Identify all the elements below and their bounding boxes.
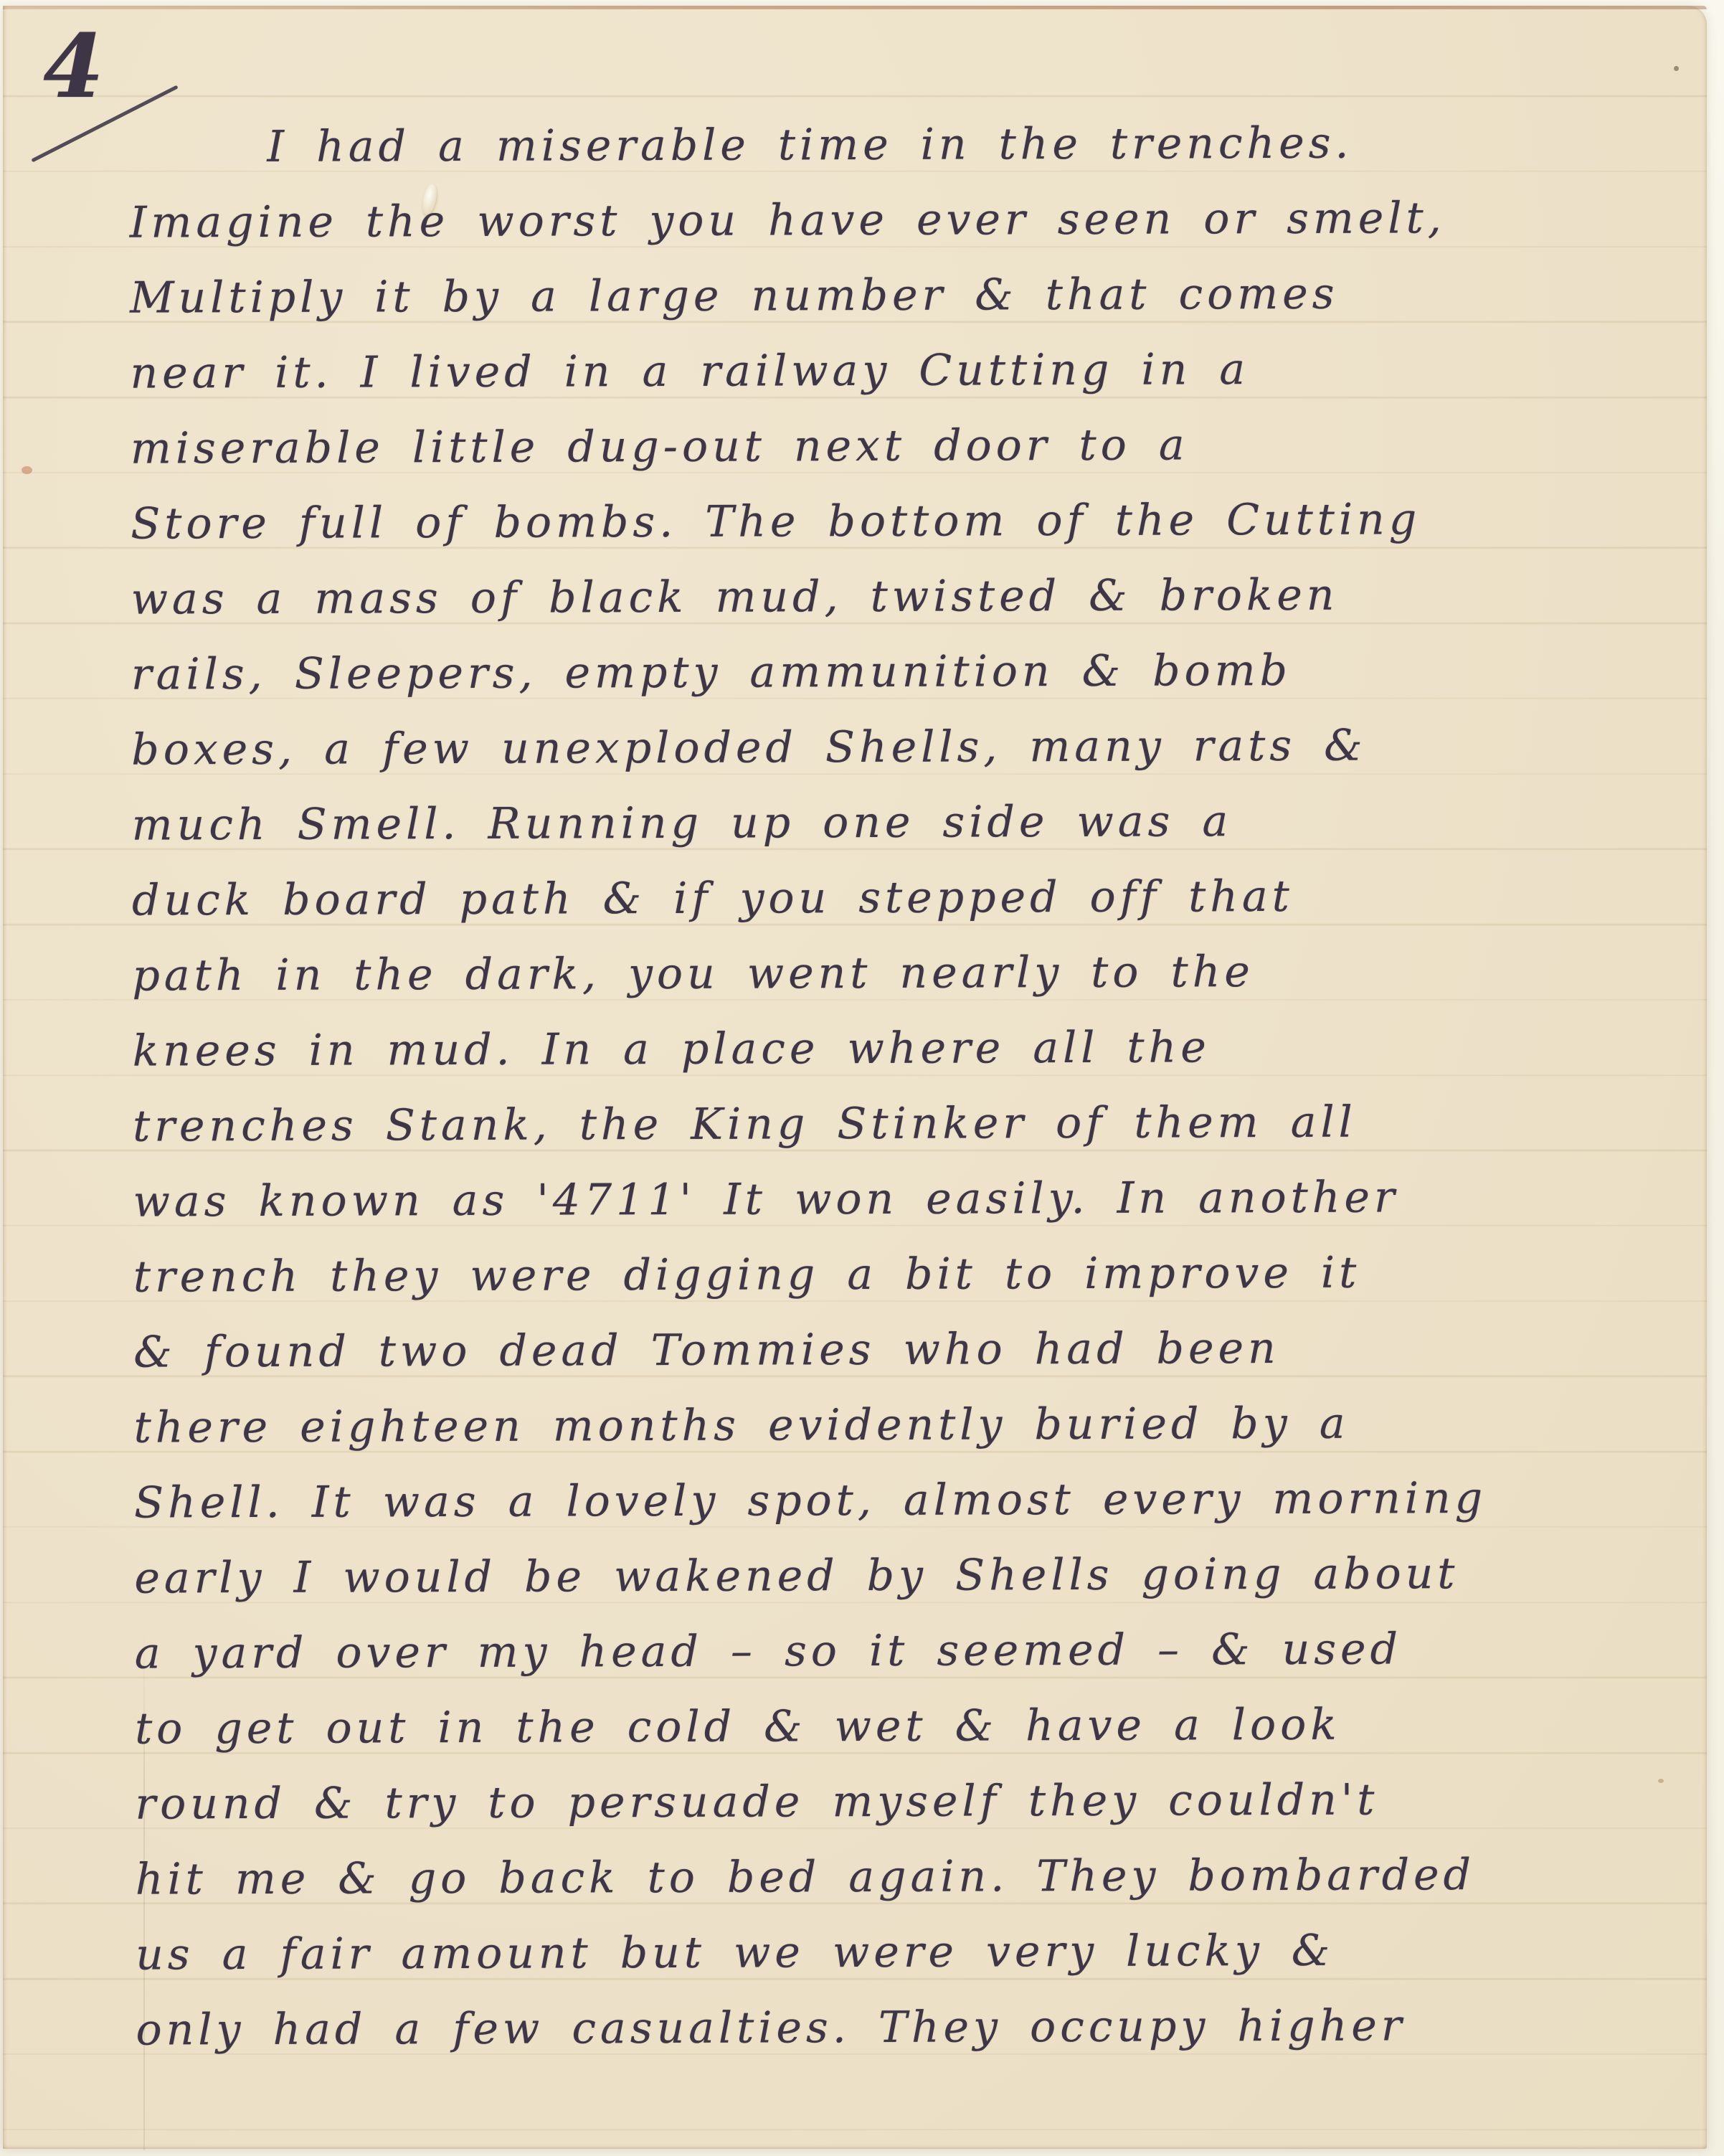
letter-line: miserable little dug-out next door to a <box>131 406 1604 486</box>
letter-line: only had a few casualties. They occupy h… <box>136 1987 1609 2068</box>
letter-line: rails, Sleepers, empty ammunition & bomb <box>131 632 1605 712</box>
paper-speck <box>1674 66 1679 71</box>
letter-line: early I would be wakened by Shells going… <box>134 1536 1608 1616</box>
letter-line: much Smell. Running up one side was a <box>132 783 1606 863</box>
letter-line: a yard over my head – so it seemed – & u… <box>135 1611 1609 1691</box>
letter-line: duck board path & if you stepped off tha… <box>132 858 1606 938</box>
letter-line: Multiply it by a large number & that com… <box>130 255 1604 336</box>
letter-line: hit me & go back to bed again. They bomb… <box>136 1837 1609 1917</box>
paper-speck <box>22 466 32 474</box>
letter-line: us a fair amount but we were very lucky … <box>136 1912 1609 1992</box>
letter-page: 4 I had a miserable time in the trenches… <box>3 6 1707 2149</box>
page-number-text: 4 <box>43 14 104 118</box>
letter-line: trenches Stank, the King Stinker of them… <box>133 1084 1606 1164</box>
letter-line: knees in mud. In a place where all the <box>133 1008 1606 1089</box>
letter-line: boxes, a few unexploded Shells, many rat… <box>131 707 1605 788</box>
letter-line: I had a miserable time in the trenches. <box>129 105 1603 185</box>
letter-line: Shell. It was a lovely spot, almost ever… <box>134 1460 1608 1541</box>
letter-line: Imagine the worst you have ever seen or … <box>130 180 1604 260</box>
paper-speck <box>1658 1779 1664 1783</box>
letter-line: was known as '4711' It won easily. In an… <box>133 1159 1606 1239</box>
letter-line: Store full of bombs. The bottom of the C… <box>131 481 1604 562</box>
letter-line: & found two dead Tommies who had been <box>133 1310 1607 1390</box>
letter-line: was a mass of black mud, twisted & broke… <box>131 557 1604 637</box>
letter-line: round & try to persuade myself they coul… <box>135 1762 1609 1842</box>
letter-line: there eighteen months evidently buried b… <box>133 1385 1607 1465</box>
letter-line: path in the dark, you went nearly to the <box>132 933 1606 1013</box>
letter-line: to get out in the cold & wet & have a lo… <box>135 1686 1609 1767</box>
letter-line: near it. I lived in a railway Cutting in… <box>130 331 1604 411</box>
letter-line: trench they were digging a bit to improv… <box>133 1234 1607 1315</box>
scan-background: 4 I had a miserable time in the trenches… <box>0 0 1724 2156</box>
letter-body: I had a miserable time in the trenches. … <box>129 105 1610 2068</box>
